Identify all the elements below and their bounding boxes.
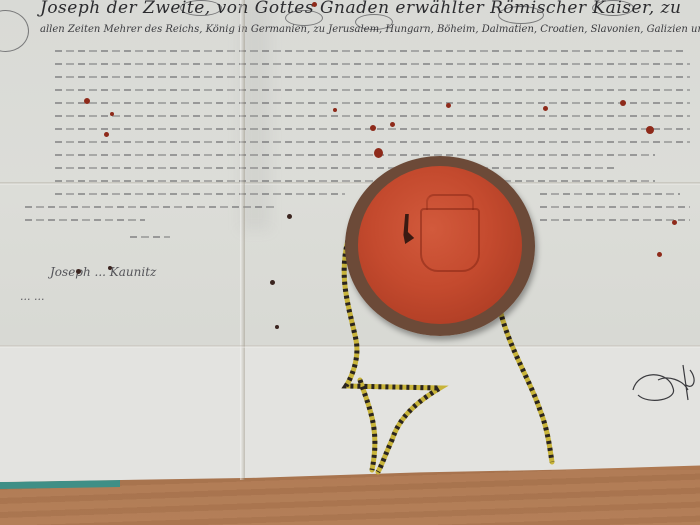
wax-seal-face <box>358 166 522 324</box>
coat-of-arms-icon <box>420 208 480 272</box>
seal-crack <box>398 214 416 244</box>
wax-seal <box>345 156 535 336</box>
